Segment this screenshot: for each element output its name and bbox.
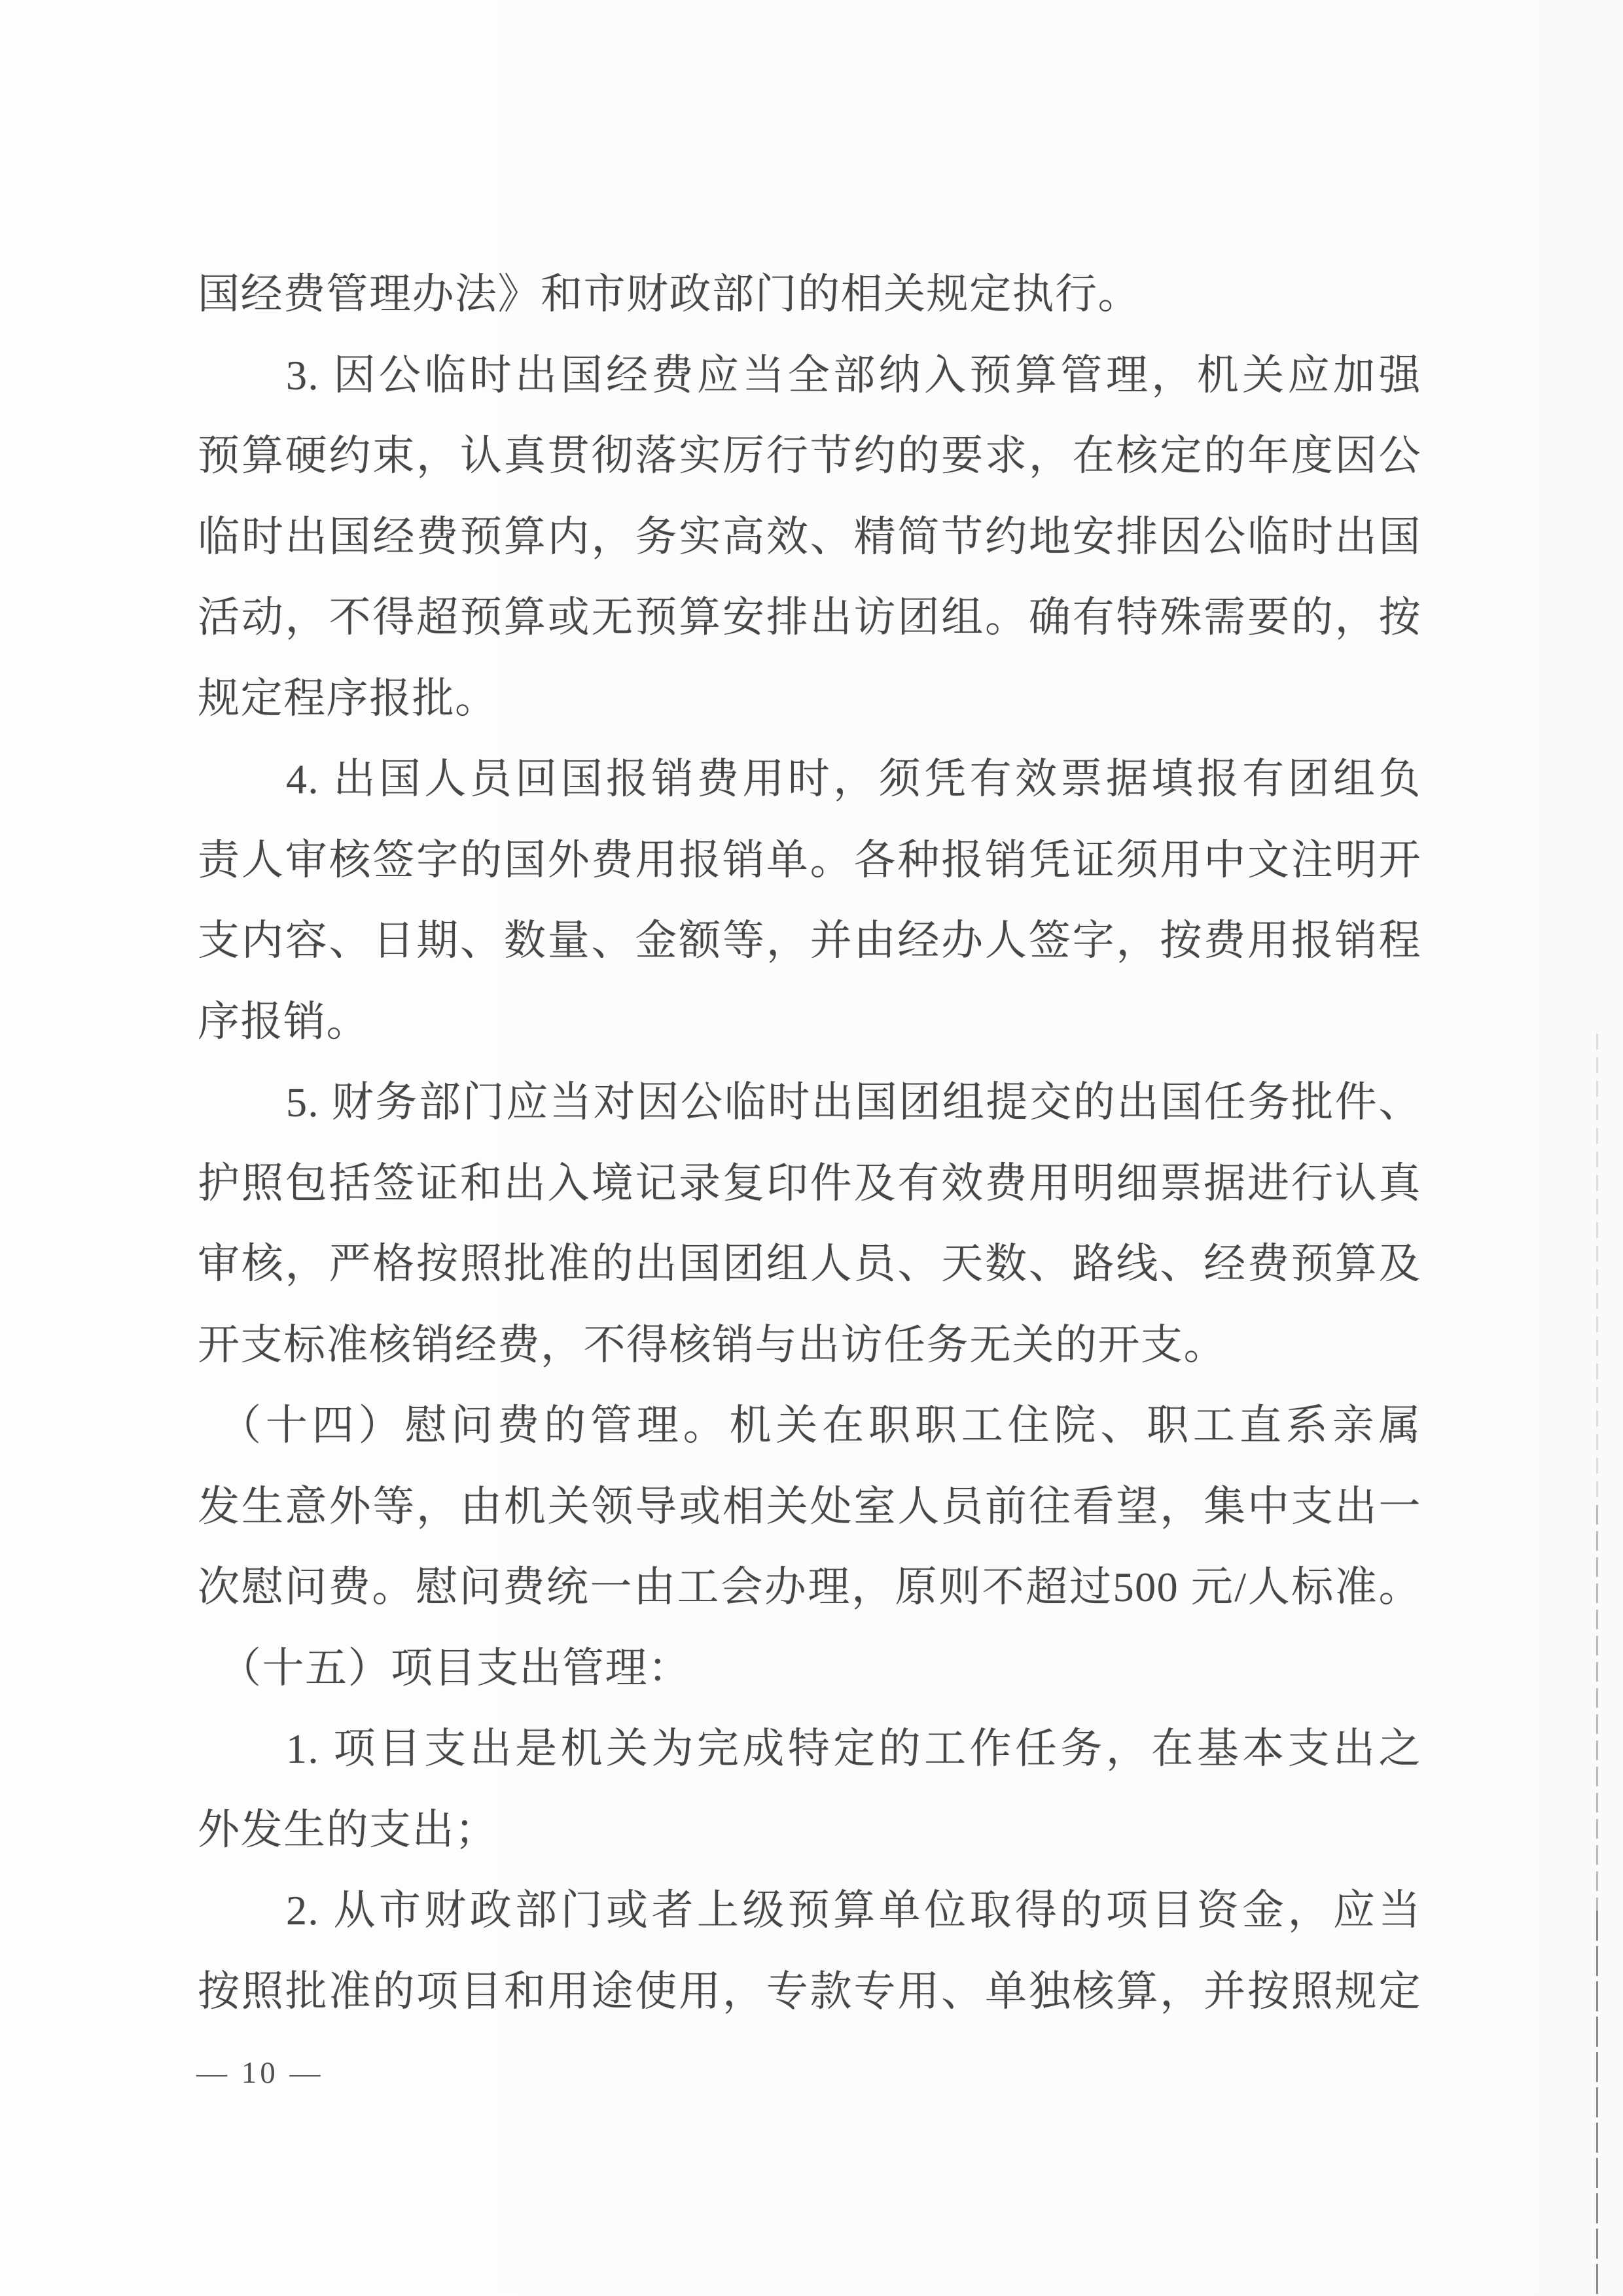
document-body: 国经费管理办法》和市财政部门的相关规定执行。3. 因公临时出国经费应当全部纳入预… — [198, 254, 1421, 2032]
text-line: 1. 项目支出是机关为完成特定的工作任务，在基本支出之 — [198, 1708, 1421, 1790]
text-line: 国经费管理办法》和市财政部门的相关规定执行。 — [198, 254, 1421, 335]
text-line: 支内容、日期、数量、金额等，并由经办人签字，按费用报销程 — [198, 900, 1421, 981]
text-line: 临时出国经费预算内，务实高效、精简节约地安排因公临时出国 — [198, 497, 1421, 578]
text-line: 责人审核签字的国外费用报销单。各种报销凭证须用中文注明开 — [198, 820, 1421, 901]
text-line: （十五）项目支出管理： — [198, 1628, 1421, 1709]
text-line: 3. 因公临时出国经费应当全部纳入预算管理，机关应加强 — [198, 335, 1421, 416]
text-line: 预算硬约束，认真贯彻落实厉行节约的要求，在核定的年度因公 — [198, 415, 1421, 497]
text-line: 外发生的支出； — [198, 1790, 1421, 1871]
text-line: 次慰问费。慰问费统一由工会办理，原则不超过500 元/人标准。 — [198, 1547, 1421, 1628]
text-line: 发生意外等，由机关领导或相关处室人员前往看望，集中支出一 — [198, 1466, 1421, 1547]
text-line: 审核，严格按照批准的出国团组人员、天数、路线、经费预算及 — [198, 1224, 1421, 1305]
scan-fold-artifact — [1596, 1505, 1598, 1911]
text-line: 规定程序报批。 — [198, 658, 1421, 739]
text-line: （十四）慰问费的管理。机关在职职工住院、职工直系亲属 — [198, 1385, 1421, 1466]
text-line: 2. 从市财政部门或者上级预算单位取得的项目资金，应当 — [198, 1870, 1421, 1951]
text-line: 开支标准核销经费，不得核销与出访任务无关的开支。 — [198, 1305, 1421, 1386]
scan-fold-artifact — [1596, 1034, 1598, 1505]
text-line: 序报销。 — [198, 981, 1421, 1063]
text-line: 活动，不得超预算或无预算安排出访团组。确有特殊需要的，按 — [198, 577, 1421, 658]
scan-fold-artifact — [1596, 1911, 1598, 2296]
text-line: 5. 财务部门应当对因公临时出国团组提交的出国任务批件、 — [198, 1062, 1421, 1143]
text-line: 按照批准的项目和用途使用，专款专用、单独核算，并按照规定 — [198, 1951, 1421, 2032]
page-number: — 10 — — [196, 2047, 324, 2099]
document-page: 国经费管理办法》和市财政部门的相关规定执行。3. 因公临时出国经费应当全部纳入预… — [0, 0, 1623, 2296]
text-line: 护照包括签证和出入境记录复印件及有效费用明细票据进行认真 — [198, 1143, 1421, 1224]
text-line: 4. 出国人员回国报销费用时，须凭有效票据填报有团组负 — [198, 739, 1421, 820]
